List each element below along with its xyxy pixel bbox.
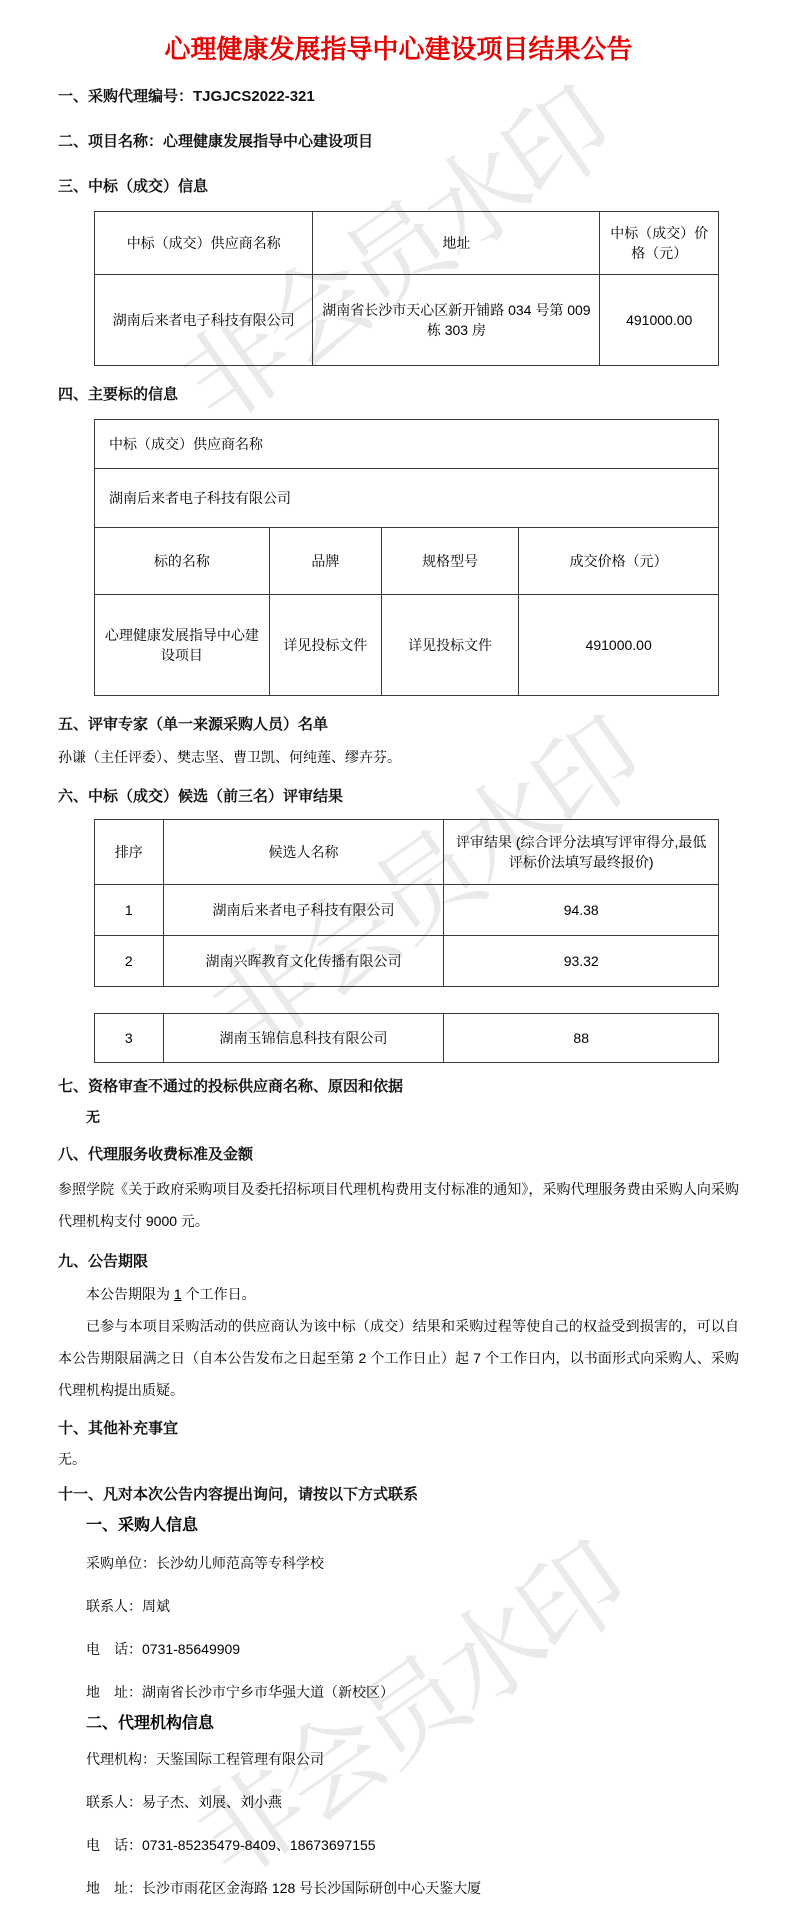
agency-contact-person: 联系人：易子杰、刘展、刘小燕 bbox=[86, 1792, 739, 1813]
purchaser-info-heading: 一、采购人信息 bbox=[86, 1515, 739, 1537]
header-spec-model: 规格型号 bbox=[382, 528, 519, 595]
award-info-table: 中标（成交）供应商名称 地址 中标（成交）价格（元） 湖南后来者电子科技有限公司… bbox=[94, 211, 719, 366]
header-rank: 排序 bbox=[95, 820, 164, 885]
table-header-row: 中标（成交）供应商名称 地址 中标（成交）价格（元） bbox=[95, 212, 719, 275]
cell-supplier-name: 湖南后来者电子科技有限公司 bbox=[95, 469, 719, 528]
table-row: 湖南后来者电子科技有限公司 bbox=[95, 469, 719, 528]
table-header-row: 排序 候选人名称 评审结果 (综合评分法填写评审得分,最低评标价法填写最终报价) bbox=[95, 820, 719, 885]
section-heading-announcement-period: 九、公告期限 bbox=[58, 1251, 739, 1272]
table-row: 中标（成交）供应商名称 bbox=[95, 420, 719, 469]
agency-name: 代理机构：天鉴国际工程管理有限公司 bbox=[86, 1749, 739, 1770]
table-row: 湖南后来者电子科技有限公司 湖南省长沙市天心区新开铺路 034 号第 009 栋… bbox=[95, 275, 719, 366]
agency-fee-text: 参照学院《关于政府采购项目及委托招标项目代理机构费用支付标准的通知》，采购代理服… bbox=[58, 1173, 739, 1237]
section-heading-contact: 十一、凡对本次公告内容提出询问，请按以下方式联系 bbox=[58, 1484, 739, 1505]
purchaser-unit: 采购单位：长沙幼儿师范高等专科学校 bbox=[86, 1553, 739, 1574]
section-heading-subject-info: 四、主要标的信息 bbox=[58, 384, 739, 405]
header-review-result: 评审结果 (综合评分法填写评审得分,最低评标价法填写最终报价) bbox=[444, 820, 719, 885]
header-deal-price: 成交价格（元） bbox=[519, 528, 719, 595]
period-suffix: 个工作日。 bbox=[182, 1286, 256, 1302]
header-brand: 品牌 bbox=[269, 528, 381, 595]
purchaser-phone: 电 话：0731-85649909 bbox=[86, 1639, 739, 1660]
table-row: 2 湖南兴晖教育文化传播有限公司 93.32 bbox=[95, 936, 719, 987]
period-days: 1 bbox=[174, 1286, 182, 1302]
cell-score: 93.32 bbox=[444, 936, 719, 987]
table-row: 3 湖南玉锦信息科技有限公司 88 bbox=[95, 1014, 719, 1063]
disqualified-answer: 无 bbox=[86, 1107, 739, 1128]
section-heading-agency-fee: 八、代理服务收费标准及金额 bbox=[58, 1144, 739, 1165]
cell-spec-model: 详见投标文件 bbox=[382, 595, 519, 696]
subject-info-table: 中标（成交）供应商名称 湖南后来者电子科技有限公司 标的名称 品牌 规格型号 成… bbox=[94, 419, 719, 696]
agency-info-heading: 二、代理机构信息 bbox=[86, 1713, 739, 1735]
purchaser-address: 地 址：湖南省长沙市宁乡市华强大道（新校区） bbox=[86, 1682, 739, 1703]
announcement-period-text: 本公告期限为 1 个工作日。 bbox=[58, 1278, 739, 1310]
cell-score: 88 bbox=[444, 1014, 719, 1063]
cell-supplier-name: 湖南后来者电子科技有限公司 bbox=[95, 275, 313, 366]
section-heading-agency-number: 一、采购代理编号：TJGJCS2022-321 bbox=[58, 86, 739, 107]
header-address: 地址 bbox=[313, 212, 600, 275]
cell-award-price: 491000.00 bbox=[600, 275, 719, 366]
header-candidate-name: 候选人名称 bbox=[163, 820, 444, 885]
cell-rank: 1 bbox=[95, 885, 164, 936]
cell-supplier-label: 中标（成交）供应商名称 bbox=[95, 420, 719, 469]
period-prefix: 本公告期限为 bbox=[86, 1286, 174, 1302]
cell-address: 湖南省长沙市天心区新开铺路 034 号第 009 栋 303 房 bbox=[313, 275, 600, 366]
other-matters-answer: 无。 bbox=[58, 1449, 739, 1470]
section-heading-award-info: 三、中标（成交）信息 bbox=[58, 176, 739, 197]
page-title: 心理健康发展指导中心建设项目结果公告 bbox=[58, 30, 739, 68]
section-heading-disqualified: 七、资格审查不通过的投标供应商名称、原因和依据 bbox=[58, 1076, 739, 1097]
cell-rank: 3 bbox=[95, 1014, 164, 1063]
header-subject-name: 标的名称 bbox=[95, 528, 270, 595]
announcement-document: 心理健康发展指导中心建设项目结果公告 一、采购代理编号：TJGJCS2022-3… bbox=[0, 0, 793, 1899]
candidate-table-continued: 3 湖南玉锦信息科技有限公司 88 bbox=[94, 1013, 719, 1063]
purchaser-contact-person: 联系人：周斌 bbox=[86, 1596, 739, 1617]
section-heading-candidates: 六、中标（成交）候选（前三名）评审结果 bbox=[58, 786, 739, 807]
cell-candidate-name: 湖南玉锦信息科技有限公司 bbox=[163, 1014, 444, 1063]
table-row: 心理健康发展指导中心建设项目 详见投标文件 详见投标文件 491000.00 bbox=[95, 595, 719, 696]
objection-notice-text: 已参与本项目采购活动的供应商认为该中标（成交）结果和采购过程等使自己的权益受到损… bbox=[58, 1310, 739, 1406]
experts-list: 孙谦（主任评委）、樊志坚、曹卫凯、何纯莲、缪卉芬。 bbox=[58, 747, 739, 768]
cell-subject-name: 心理健康发展指导中心建设项目 bbox=[95, 595, 270, 696]
cell-candidate-name: 湖南后来者电子科技有限公司 bbox=[163, 885, 444, 936]
header-award-price: 中标（成交）价格（元） bbox=[600, 212, 719, 275]
candidate-table: 排序 候选人名称 评审结果 (综合评分法填写评审得分,最低评标价法填写最终报价)… bbox=[94, 819, 719, 987]
agency-phone: 电 话：0731-85235479-8409、18673697155 bbox=[86, 1835, 739, 1856]
section-heading-project-name: 二、项目名称：心理健康发展指导中心建设项目 bbox=[58, 131, 739, 152]
agency-address: 地 址：长沙市雨花区金海路 128 号长沙国际研创中心天鉴大厦 bbox=[86, 1878, 739, 1899]
table-header-row: 标的名称 品牌 规格型号 成交价格（元） bbox=[95, 528, 719, 595]
cell-deal-price: 491000.00 bbox=[519, 595, 719, 696]
cell-brand: 详见投标文件 bbox=[269, 595, 381, 696]
cell-candidate-name: 湖南兴晖教育文化传播有限公司 bbox=[163, 936, 444, 987]
section-heading-other-matters: 十、其他补充事宜 bbox=[58, 1418, 739, 1439]
cell-rank: 2 bbox=[95, 936, 164, 987]
table-row: 1 湖南后来者电子科技有限公司 94.38 bbox=[95, 885, 719, 936]
header-supplier-name: 中标（成交）供应商名称 bbox=[95, 212, 313, 275]
section-heading-experts: 五、评审专家（单一来源采购人员）名单 bbox=[58, 714, 739, 735]
cell-score: 94.38 bbox=[444, 885, 719, 936]
